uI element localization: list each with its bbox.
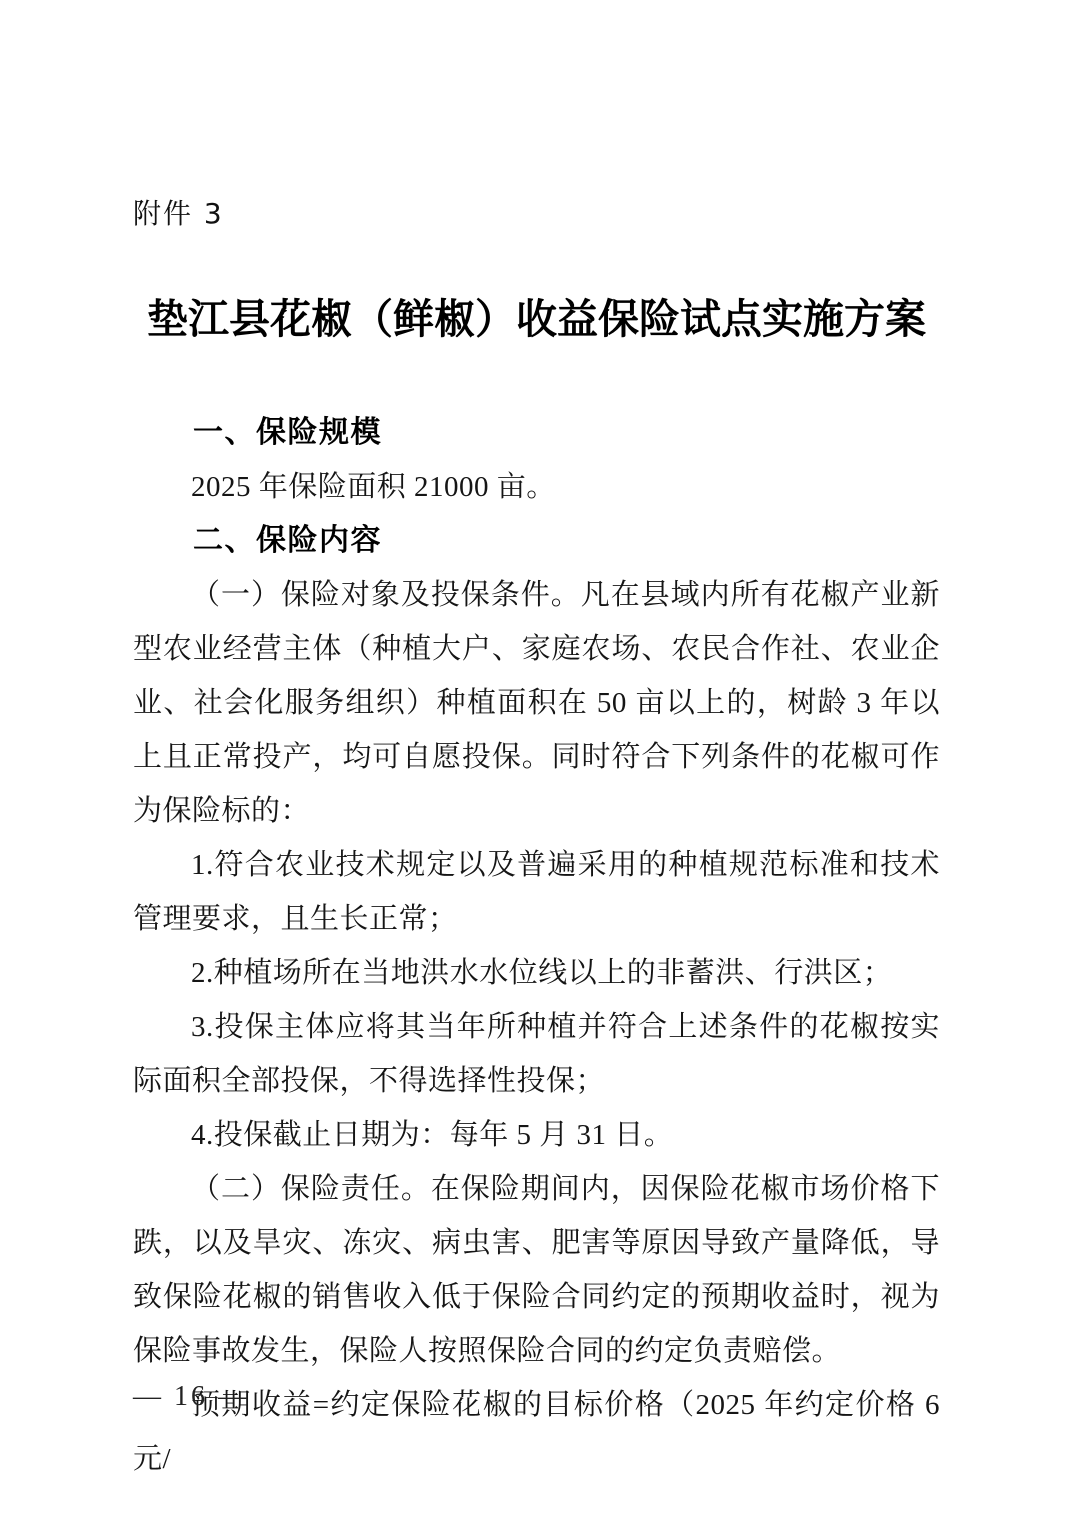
- body-paragraph: 1.符合农业技术规定以及普遍采用的种植规范标准和技术管理要求，且生长正常；: [133, 838, 940, 946]
- document-title: 垫江县花椒（鲜椒）收益保险试点实施方案: [133, 296, 940, 342]
- section-heading: 一、保险规模: [133, 406, 940, 460]
- body-paragraph: 预期收益=约定保险花椒的目标价格（2025 年约定价格 6 元/: [133, 1378, 940, 1486]
- document-body: 一、保险规模2025 年保险面积 21000 亩。二、保险内容（一）保险对象及投…: [133, 406, 940, 1486]
- section-heading: 二、保险内容: [133, 514, 940, 568]
- body-paragraph: （二）保险责任。在保险期间内，因保险花椒市场价格下跌，以及旱灾、冻灾、病虫害、肥…: [133, 1162, 940, 1378]
- body-paragraph: 4.投保截止日期为：每年 5 月 31 日。: [133, 1108, 940, 1162]
- body-paragraph: 2025 年保险面积 21000 亩。: [133, 460, 940, 514]
- body-paragraph: 2.种植场所在当地洪水水位线以上的非蓄洪、行洪区；: [133, 946, 940, 1000]
- page-number: — 16 —: [133, 1382, 249, 1412]
- body-paragraph: 3.投保主体应将其当年所种植并符合上述条件的花椒按实际面积全部投保，不得选择性投…: [133, 1000, 940, 1108]
- attachment-label: 附件 3: [133, 200, 940, 228]
- body-paragraph: （一）保险对象及投保条件。凡在县域内所有花椒产业新型农业经营主体（种植大户、家庭…: [133, 568, 940, 838]
- document-page: 附件 3 垫江县花椒（鲜椒）收益保险试点实施方案 一、保险规模2025 年保险面…: [0, 0, 1074, 1520]
